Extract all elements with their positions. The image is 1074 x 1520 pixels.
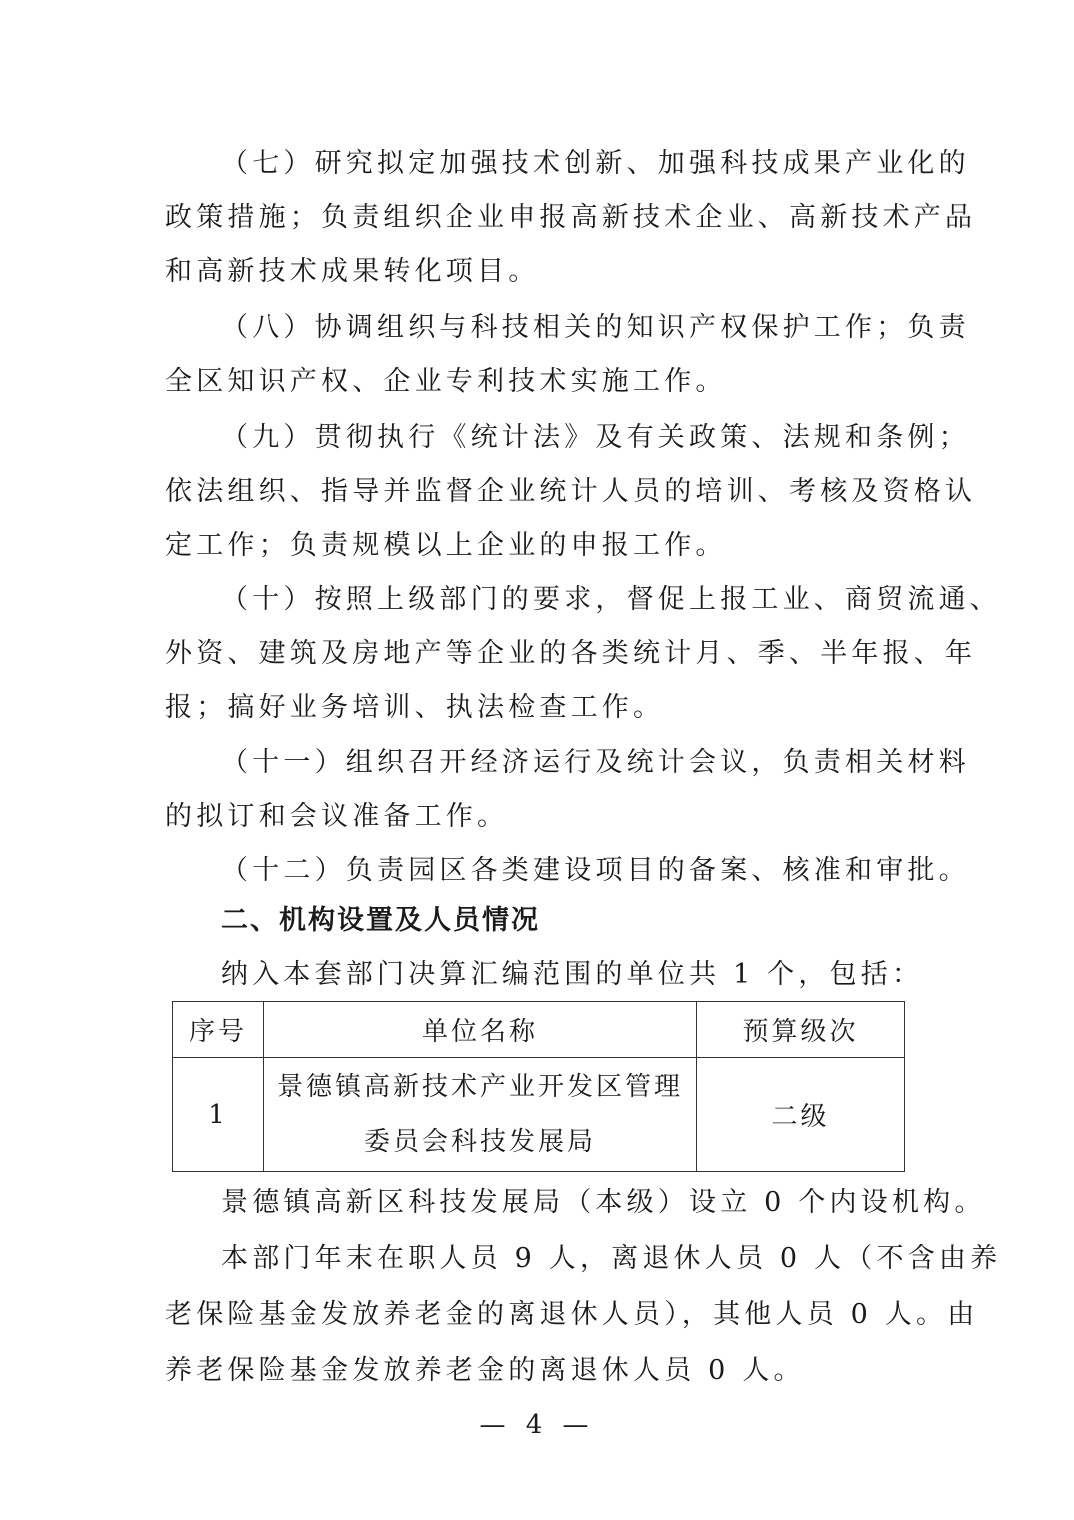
paragraph-8-line-2: 全区知识产权、企业专利技术实施工作。: [165, 364, 915, 400]
paragraph-8-line-1: （八）协调组织与科技相关的知识产权保护工作；负责: [221, 310, 915, 346]
cell-index: 1: [173, 1058, 264, 1172]
paragraph-12-line-1: （十二）负责园区各类建设项目的备案、核准和审批。: [221, 853, 915, 889]
cell-unit-name: 景德镇高新技术产业开发区管理 委员会科技发展局: [264, 1058, 697, 1172]
unit-name-line-2: 委员会科技发展局: [264, 1115, 696, 1170]
paragraph-10-line-2: 外资、建筑及房地产等企业的各类统计月、季、半年报、年: [165, 636, 915, 672]
table-row: 1 景德镇高新技术产业开发区管理 委员会科技发展局 二级: [173, 1058, 905, 1172]
internal-orgs-text: 景德镇高新区科技发展局（本级）设立 0 个内设机构。: [221, 1185, 915, 1221]
staff-line-1: 本部门年末在职人员 9 人，离退休人员 0 人（不含由养: [221, 1241, 915, 1277]
paragraph-10-line-3: 报；搞好业务培训、执法检查工作。: [165, 690, 915, 726]
paragraph-11-line-2: 的拟订和会议准备工作。: [165, 799, 915, 835]
paragraph-7-line-1: （七）研究拟定加强技术创新、加强科技成果产业化的: [221, 146, 915, 182]
header-unit-name: 单位名称: [264, 1002, 697, 1058]
paragraph-9-line-2: 依法组织、指导并监督企业统计人员的培训、考核及资格认: [165, 474, 915, 510]
paragraph-7-line-3: 和高新技术成果转化项目。: [165, 254, 915, 290]
staff-line-2: 老保险基金发放养老金的离退休人员），其他人员 0 人。由: [165, 1297, 915, 1333]
intro-text: 纳入本套部门决算汇编范围的单位共 1 个，包括：: [221, 957, 915, 993]
units-table: 序号 单位名称 预算级次 1 景德镇高新技术产业开发区管理 委员会科技发展局 二…: [172, 1001, 905, 1172]
cell-budget-level: 二级: [697, 1058, 905, 1172]
header-index: 序号: [173, 1002, 264, 1058]
paragraph-7-line-2: 政策措施；负责组织企业申报高新技术企业、高新技术产品: [165, 200, 915, 236]
paragraph-9-line-1: （九）贯彻执行《统计法》及有关政策、法规和条例；: [221, 420, 915, 456]
table-header-row: 序号 单位名称 预算级次: [173, 1002, 905, 1058]
header-budget-level: 预算级次: [697, 1002, 905, 1058]
section-heading: 二、机构设置及人员情况: [221, 903, 915, 939]
page-number: — 4 —: [0, 1410, 1074, 1440]
paragraph-11-line-1: （十一）组织召开经济运行及统计会议，负责相关材料: [221, 745, 915, 781]
staff-line-3: 养老保险基金发放养老金的离退休人员 0 人。: [165, 1353, 915, 1389]
unit-name-line-1: 景德镇高新技术产业开发区管理: [264, 1060, 696, 1115]
paragraph-9-line-3: 定工作；负责规模以上企业的申报工作。: [165, 528, 915, 564]
paragraph-10-line-1: （十）按照上级部门的要求，督促上报工业、商贸流通、: [221, 582, 915, 618]
